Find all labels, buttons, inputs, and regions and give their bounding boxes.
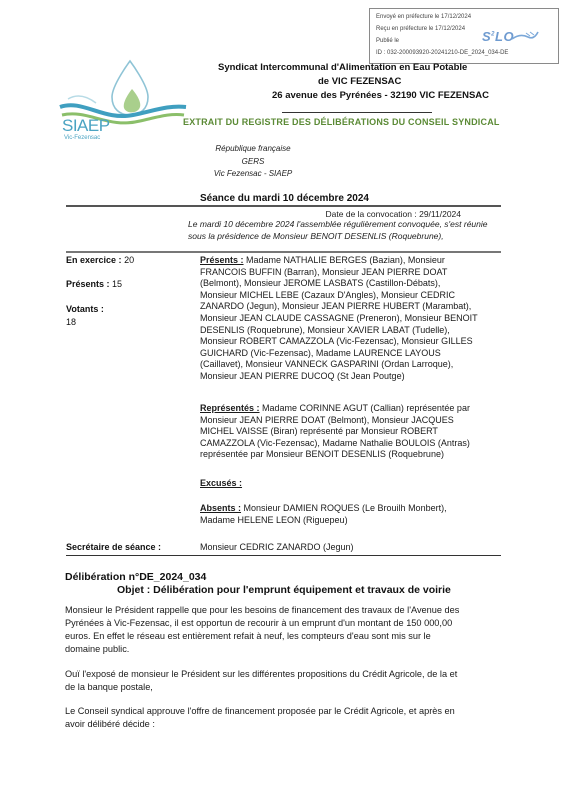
secretary-label: Secrétaire de séance : <box>66 542 161 552</box>
deliberation-number: Délibération n°DE_2024_034 <box>65 571 206 583</box>
paragraph-3: Le Conseil syndical approuve l'offre de … <box>65 705 540 731</box>
secretary-value: Monsieur CEDRIC ZANARDO (Jegun) <box>200 542 354 552</box>
session-divider <box>66 205 501 207</box>
convocation-date: Date de la convocation : 29/11/2024 <box>326 209 461 219</box>
paragraph-2: Ouï l'exposé de monsieur le Président su… <box>65 668 540 694</box>
presents-block: Présents : Madame NATHALIE BERGES (Bazia… <box>200 255 500 383</box>
en-exercice-count: En exercice : 20 <box>66 255 134 265</box>
session-title: Séance du mardi 10 décembre 2024 <box>200 193 369 204</box>
votants-value: 18 <box>66 317 76 327</box>
stamp-published: Publié le <box>376 38 399 44</box>
votants-label: Votants : <box>66 304 104 314</box>
intro-divider <box>66 251 501 253</box>
presents-count: Présents : 15 <box>66 279 122 289</box>
absent-block: Absents : Monsieur DAMIEN ROQUES (Le Bro… <box>200 503 500 526</box>
deliberation-object: Objet : Délibération pour l'emprunt équi… <box>117 584 451 596</box>
excused-label: Excusés : <box>200 478 242 488</box>
logo-subtitle: Vic-Fezensac <box>64 135 100 140</box>
org-name-line2: de VIC FEZENSAC <box>318 76 401 87</box>
siaep-logo: SIAEP Vic-Fezensac <box>58 55 188 140</box>
prefecture-stamp: Envoyé en préfecture le 17/12/2024 Reçu … <box>369 8 559 64</box>
org-address: 26 avenue des Pyrénées - 32190 VIC FEZEN… <box>272 90 489 101</box>
stamp-received: Reçu en préfecture le 17/12/2024 <box>376 26 465 32</box>
header-divider <box>282 112 432 113</box>
secretary-divider <box>66 555 501 556</box>
department-label: GERS <box>173 157 333 166</box>
represented-block: Représentés : Madame CORINNE AGUT (Calli… <box>200 403 500 461</box>
s2lo-swoosh-icon <box>510 29 540 43</box>
extrait-title: EXTRAIT DU REGISTRE DES DÉLIBÉRATIONS DU… <box>183 117 500 127</box>
logo-name: SIAEP <box>62 116 110 135</box>
session-intro: Le mardi 10 décembre 2024 l'assemblée ré… <box>188 219 498 242</box>
paragraph-1: Monsieur le Président rappelle que pour … <box>65 604 540 656</box>
leaf-drop-icon <box>124 89 141 112</box>
republic-label: République française <box>173 144 333 153</box>
stamp-id: ID : 032-200093920-20241210-DE_2024_034-… <box>376 50 508 56</box>
org-name-line1: Syndicat Intercommunal d'Alimentation en… <box>218 62 467 73</box>
excused-block: Excusés : <box>200 478 500 490</box>
entity-label: Vic Fezensac - SIAEP <box>173 169 333 178</box>
stamp-sent: Envoyé en préfecture le 17/12/2024 <box>376 14 471 20</box>
